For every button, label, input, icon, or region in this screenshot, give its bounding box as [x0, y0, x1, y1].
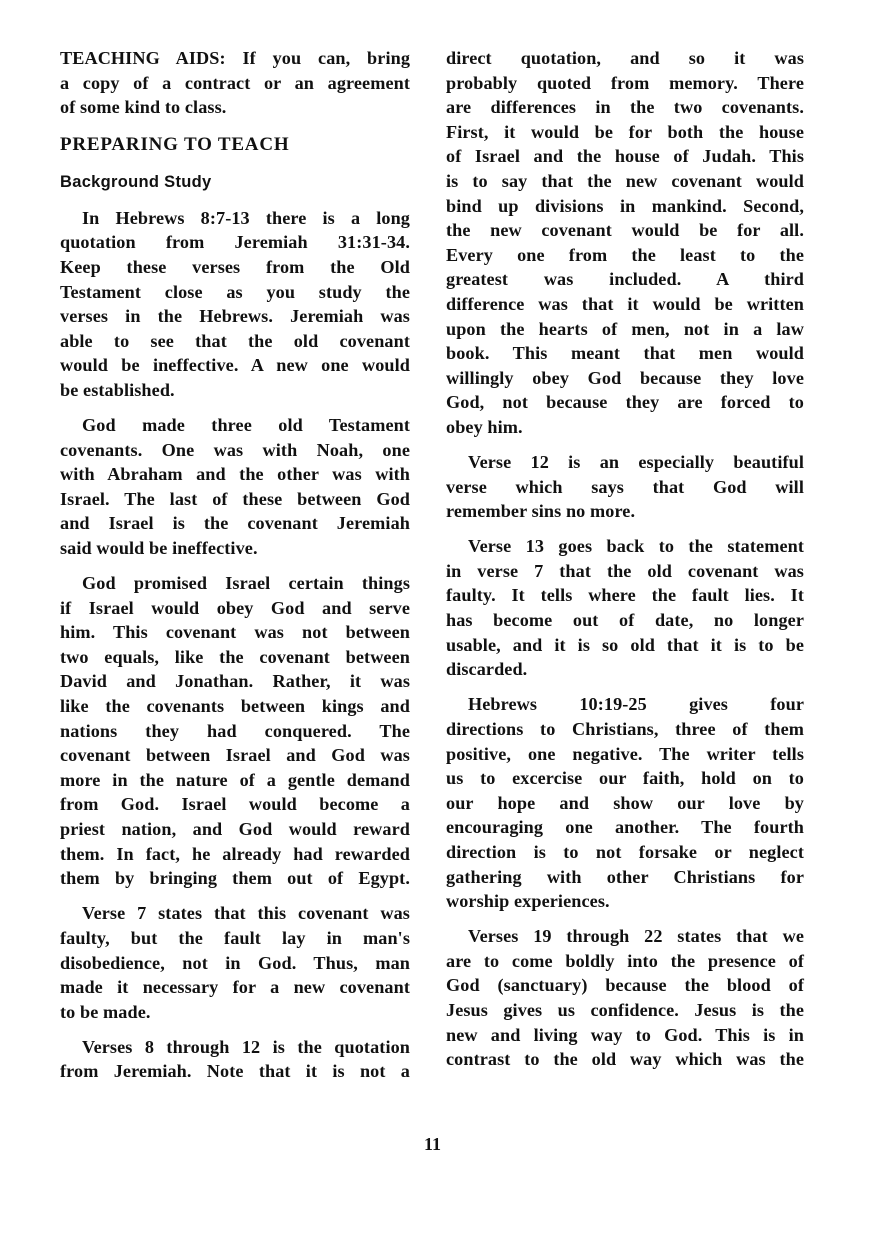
- text-line: if Israel would obey God and serve: [60, 596, 410, 621]
- text-line: verse which says that God will: [446, 475, 804, 500]
- text-line: in verse 7 that the old covenant was: [446, 559, 804, 584]
- section-heading: PREPARING TO TEACH: [60, 132, 410, 158]
- teaching-aids-paragraph: TEACHING AIDS: If you can, bring a copy …: [60, 46, 410, 120]
- teaching-aids-label: TEACHING AIDS:: [60, 48, 226, 68]
- text-line: Verses 8 through 12 is the quotation: [60, 1035, 410, 1060]
- text-line: discarded.: [446, 657, 804, 682]
- text-line: Hebrews 10:19-25 gives four: [446, 692, 804, 717]
- text-line: David and Jonathan. Rather, it was: [60, 669, 410, 694]
- text-line: willingly obey God because they love: [446, 366, 804, 391]
- text-line: our hope and show our love by: [446, 791, 804, 816]
- text-line: verses in the Hebrews. Jeremiah was: [60, 304, 410, 329]
- text-line: with Abraham and the other was with: [60, 462, 410, 487]
- text-line: would be ineffective. A new one would: [60, 353, 410, 378]
- paragraph-hebrews-10: Hebrews 10:19-25 gives four directions t…: [446, 692, 804, 913]
- text-line: greatest was included. A third: [446, 267, 804, 292]
- text-line: difference was that it would be written: [446, 292, 804, 317]
- text-line: directions to Christians, three of them: [446, 717, 804, 742]
- text-line: God promised Israel certain things: [60, 571, 410, 596]
- right-column: direct quotation, and so it was probably…: [446, 46, 804, 1082]
- text-line: us to excercise our faith, hold on to: [446, 766, 804, 791]
- text-line: said would be ineffective.: [60, 536, 410, 561]
- text-line: to be made.: [60, 1000, 410, 1025]
- teaching-aids-line-3: of some kind to class.: [60, 95, 410, 120]
- page-number: 11: [424, 1134, 441, 1155]
- text-line: disobedience, not in God. Thus, man: [60, 951, 410, 976]
- text-line: probably quoted from memory. There: [446, 71, 804, 96]
- subsection-heading: Background Study: [60, 170, 410, 194]
- paragraph-verse-12: Verse 12 is an especially beautiful vers…: [446, 450, 804, 524]
- text-line: direction is to not forsake or neglect: [446, 840, 804, 865]
- text-line: covenants. One was with Noah, one: [60, 438, 410, 463]
- text-line: God, not because they are forced to: [446, 390, 804, 415]
- text-line: God made three old Testament: [60, 413, 410, 438]
- text-line: covenant between Israel and God was: [60, 743, 410, 768]
- text-line: faulty, but the fault lay in man's: [60, 926, 410, 951]
- text-line: new and living way to God. This is in: [446, 1023, 804, 1048]
- text-line: has become out of date, no longer: [446, 608, 804, 633]
- teaching-aids-line-1: TEACHING AIDS: If you can, bring: [60, 46, 410, 71]
- paragraph-verse-7: Verse 7 states that this covenant was fa…: [60, 901, 410, 1024]
- text-line: be established.: [60, 378, 410, 403]
- teaching-aids-line-2: a copy of a contract or an agreement: [60, 71, 410, 96]
- text-line: are to come boldly into the presence of: [446, 949, 804, 974]
- text-line: gathering with other Christians for: [446, 865, 804, 890]
- text-line: Jesus gives us confidence. Jesus is the: [446, 998, 804, 1023]
- paragraph-god-promised: God promised Israel certain things if Is…: [60, 571, 410, 891]
- text-line: them. In fact, he already had rewarded: [60, 842, 410, 867]
- text-line: worship experiences.: [446, 889, 804, 914]
- text-line: First, it would be for both the house: [446, 120, 804, 145]
- text-line: them by bringing them out of Egypt.: [60, 866, 410, 891]
- text-line: nations they had conquered. The: [60, 719, 410, 744]
- text-line: Verses 19 through 22 states that we: [446, 924, 804, 949]
- paragraph-hebrews-intro: In Hebrews 8:7-13 there is a long quotat…: [60, 206, 410, 403]
- paragraph-three-covenants: God made three old Testament covenants. …: [60, 413, 410, 561]
- text-line: him. This covenant was not between: [60, 620, 410, 645]
- text-line: bind up divisions in mankind. Second,: [446, 194, 804, 219]
- text-line: able to see that the old covenant: [60, 329, 410, 354]
- teaching-aids-text: If you can, bring: [226, 48, 410, 68]
- text-line: contrast to the old way which was the: [446, 1047, 804, 1072]
- text-line: more in the nature of a gentle demand: [60, 768, 410, 793]
- text-line: is to say that the new covenant would: [446, 169, 804, 194]
- text-line: from God. Israel would become a: [60, 792, 410, 817]
- left-column: TEACHING AIDS: If you can, bring a copy …: [60, 46, 410, 1094]
- text-line: Verse 7 states that this covenant was: [60, 901, 410, 926]
- text-line: the new covenant would be for all.: [446, 218, 804, 243]
- text-line: book. This meant that men would: [446, 341, 804, 366]
- text-line: are differences in the two covenants.: [446, 95, 804, 120]
- text-line: direct quotation, and so it was: [446, 46, 804, 71]
- text-line: encouraging one another. The fourth: [446, 815, 804, 840]
- text-line: God (sanctuary) because the blood of: [446, 973, 804, 998]
- text-line: In Hebrews 8:7-13 there is a long: [60, 206, 410, 231]
- document-page: TEACHING AIDS: If you can, bring a copy …: [0, 0, 872, 1239]
- text-line: usable, and it is so old that it is to b…: [446, 633, 804, 658]
- paragraph-continuation-differences: direct quotation, and so it was probably…: [446, 46, 804, 440]
- paragraph-verses-19-22: Verses 19 through 22 states that we are …: [446, 924, 804, 1072]
- text-line: Keep these verses from the Old: [60, 255, 410, 280]
- paragraph-verse-13: Verse 13 goes back to the statement in v…: [446, 534, 804, 682]
- paragraph-verses-8-12: Verses 8 through 12 is the quotation fro…: [60, 1035, 410, 1084]
- text-line: Israel. The last of these between God: [60, 487, 410, 512]
- text-line: Every one from the least to the: [446, 243, 804, 268]
- text-line: quotation from Jeremiah 31:31-34.: [60, 230, 410, 255]
- text-line: Verse 12 is an especially beautiful: [446, 450, 804, 475]
- text-line: from Jeremiah. Note that it is not a: [60, 1059, 410, 1084]
- text-line: of Israel and the house of Judah. This: [446, 144, 804, 169]
- text-line: Verse 13 goes back to the statement: [446, 534, 804, 559]
- text-line: like the covenants between kings and: [60, 694, 410, 719]
- text-line: obey him.: [446, 415, 804, 440]
- text-line: upon the hearts of men, not in a law: [446, 317, 804, 342]
- text-line: priest nation, and God would reward: [60, 817, 410, 842]
- text-line: positive, one negative. The writer tells: [446, 742, 804, 767]
- text-line: and Israel is the covenant Jeremiah: [60, 511, 410, 536]
- text-line: two equals, like the covenant between: [60, 645, 410, 670]
- text-line: Testament close as you study the: [60, 280, 410, 305]
- text-line: remember sins no more.: [446, 499, 804, 524]
- text-line: faulty. It tells where the fault lies. I…: [446, 583, 804, 608]
- text-line: made it necessary for a new covenant: [60, 975, 410, 1000]
